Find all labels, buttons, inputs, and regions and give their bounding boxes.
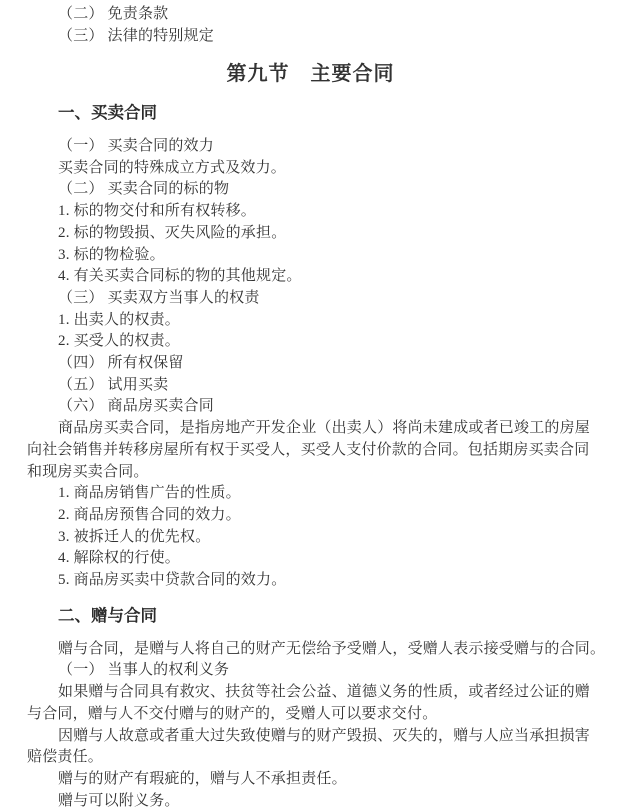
outline-item: 2. 买受人的权责。 (27, 331, 594, 353)
paragraph-line: 和现房买卖合同。 (27, 462, 594, 484)
outline-item: 2. 商品房预售合同的效力。 (27, 505, 594, 527)
paragraph-line: 因赠与人故意或者重大过失致使赠与的财产毁损、灭失的，赠与人应当承担损害 (27, 726, 594, 748)
outline-item: （一） 买卖合同的效力 (27, 136, 594, 158)
outline-item: 3. 被拆迁人的优先权。 (27, 527, 594, 549)
outline-item: 4. 解除权的行使。 (27, 548, 594, 570)
document-page: （二） 免责条款（三） 法律的特别规定第九节 主要合同一、买卖合同（一） 买卖合… (0, 0, 620, 810)
outline-item: （一） 当事人的权利义务 (27, 660, 594, 682)
outline-item: （二） 买卖合同的标的物 (27, 179, 594, 201)
paragraph-line: 赠与的财产有瑕疵的，赠与人不承担责任。 (27, 769, 594, 791)
section-title: 一、买卖合同 (27, 102, 594, 124)
toc-item: （二） 免责条款 (27, 3, 594, 25)
paragraph-line: 与合同，赠与人不交付赠与的财产的，受赠人可以要求交付。 (27, 704, 594, 726)
paragraph-line: 商品房买卖合同，是指房地产开发企业（出卖人）将尚未建成或者已竣工的房屋 (27, 418, 594, 440)
outline-item: （五） 试用买卖 (27, 375, 594, 397)
paragraph-line: 赔偿责任。 (27, 747, 594, 769)
outline-item: 5. 商品房买卖中贷款合同的效力。 (27, 570, 594, 592)
paragraph-line: 赠与可以附义务。 (27, 791, 594, 810)
outline-item: （四） 所有权保留 (27, 353, 594, 375)
paragraph-line: 如果赠与合同具有救灾、扶贫等社会公益、道德义务的性质，或者经过公证的赠 (27, 682, 594, 704)
paragraph-line: 向社会销售并转移房屋所有权于买受人，买受人支付价款的合同。包括期房买卖合同 (27, 440, 594, 462)
outline-item: 3. 标的物检验。 (27, 245, 594, 267)
outline-item: 1. 标的物交付和所有权转移。 (27, 201, 594, 223)
section-title: 二、赠与合同 (27, 605, 594, 627)
paragraph-line: 赠与合同，是赠与人将自己的财产无偿给予受赠人，受赠人表示接受赠与的合同。 (27, 639, 594, 661)
outline-item: 2. 标的物毁损、灭失风险的承担。 (27, 223, 594, 245)
outline-item: 4. 有关买卖合同标的物的其他规定。 (27, 266, 594, 288)
chapter-title: 第九节 主要合同 (27, 59, 594, 89)
outline-item: （三） 买卖双方当事人的权责 (27, 288, 594, 310)
paragraph-line: 买卖合同的特殊成立方式及效力。 (27, 158, 594, 180)
outline-item: 1. 出卖人的权责。 (27, 310, 594, 332)
document-content: （二） 免责条款（三） 法律的特别规定第九节 主要合同一、买卖合同（一） 买卖合… (27, 3, 594, 810)
outline-item: （六） 商品房买卖合同 (27, 396, 594, 418)
toc-item: （三） 法律的特别规定 (27, 25, 594, 47)
outline-item: 1. 商品房销售广告的性质。 (27, 483, 594, 505)
